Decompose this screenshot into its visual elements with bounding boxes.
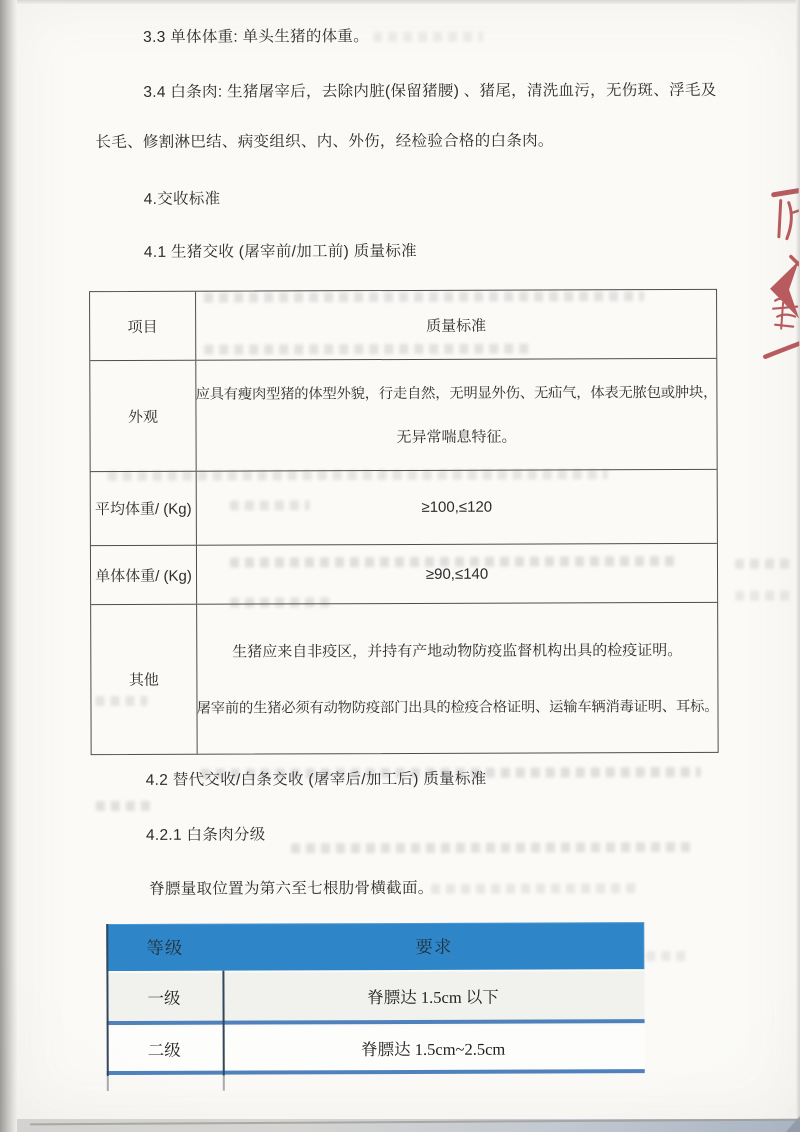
quality-standard-table: 项目 质量标准 外观 应具有瘦肉型猪的体型外貌，行走自然，无明显外伤、无疝气，体… [89,289,719,755]
grade-1-label: 一级 [106,973,221,1021]
row-appearance-label: 外观 [90,361,196,471]
table1-header-standard: 质量标准 [196,290,716,360]
grade-1-requirement: 脊膘达 1.5cm 以下 [221,971,644,1020]
grading-table-line-tail [107,1076,109,1091]
grade-2-requirement: 脊膘达 1.5cm~2.5cm [222,1025,645,1070]
bleedthrough-artifact [291,842,691,853]
appearance-line1: 应具有瘦肉型猪的体型外貌，行走自然，无明显外伤、无疝气，体表无脓包或肿块， [196,382,716,404]
paragraph-3-4-line1: 3.4 白条肉: 生猪屠宰后，去除内脏(保留猪腰) 、猪尾，清洗血污，无伤斑、浮… [143,78,716,102]
grading-header-requirement: 要求 [223,933,644,959]
other-line2: 屠宰前的生猪必须有动物防疫部门出具的检疫合格证明、运输车辆消毒证明、耳标。 [197,696,718,718]
paragraph-3-4-line2: 长毛、修割淋巴结、病变组织、内、外伤，经检验合格的白条肉。 [95,128,553,152]
row-other-label: 其他 [91,605,198,754]
scanned-document-photo: 3.3 单体体重: 单头生猪的体重。 3.4 白条肉: 生猪屠宰后，去除内脏(保… [0,0,800,1132]
table-row: 二级 脊膘达 1.5cm~2.5cm [107,1025,645,1075]
bleedthrough-artifact [735,559,790,569]
row-other-value: 生猪应来自非疫区，并持有产地动物防疫监督机构出具的检疫证明。 屠宰前的生猪必须有… [197,603,718,754]
other-line1: 生猪应来自非疫区，并持有产地动物防疫监督机构出具的检疫证明。 [232,639,682,662]
grading-header-grade: 等级 [106,935,223,960]
table1-header-item: 项目 [90,292,196,360]
heading-4: 4.交收标准 [144,187,221,209]
grading-table-column-divider [222,971,224,1076]
row-appearance-value: 应具有瘦肉型猪的体型外貌，行走自然，无明显外伤、无疝气，体表无脓包或肿块， 无异… [196,359,716,471]
bleedthrough-artifact [373,32,483,42]
paragraph-spine-measure: 脊膘量取位置为第六至七根肋骨横截面。 [149,876,433,899]
table-row: 平均体重/ (Kg) ≥100,≤120 [91,469,717,545]
bleedthrough-artifact [431,883,641,894]
heading-4-1: 4.1 生猪交收 (屠宰前/加工前) 质量标准 [144,239,417,262]
grading-table: 等级 要求 一级 脊膘达 1.5cm 以下 二级 脊膘达 1.5cm~2.5cm [106,922,645,1075]
table-row: 其他 生猪应来自非疫区，并持有产地动物防疫监督机构出具的检疫证明。 屠宰前的生猪… [91,602,718,754]
seal-star-tip [770,261,799,319]
avg-weight-range: ≥100,≤120 [421,499,492,516]
paragraph-3-3: 3.3 单体体重: 单头生猪的体重。 [143,24,369,47]
grade-2-label: 二级 [107,1027,222,1071]
table1-header-standard-text: 质量标准 [426,314,486,335]
official-seal-partial [719,169,800,379]
table-row: 一级 脊膘达 1.5cm 以下 [106,971,644,1025]
heading-4-2-1: 4.2.1 白条肉分级 [146,822,266,844]
row-unit-weight-label: 单体体重/ (Kg) [91,546,197,604]
bleedthrough-artifact [96,801,156,811]
row-unit-weight-value: ≥90,≤140 [197,544,717,604]
appearance-line2: 无异常喘息特征。 [396,426,516,447]
table-row: 单体体重/ (Kg) ≥90,≤140 [91,543,717,604]
unit-weight-range: ≥90,≤140 [426,565,488,582]
heading-4-2: 4.2 替代交收/白条交收 (屠宰后/加工后) 质量标准 [146,767,487,790]
table-row: 项目 质量标准 [90,290,716,360]
grading-table-header: 等级 要求 [106,922,644,971]
row-avg-weight-label: 平均体重/ (Kg) [91,472,197,545]
document-content: 3.3 单体体重: 单头生猪的体重。 3.4 白条肉: 生猪屠宰后，去除内脏(保… [0,0,800,1132]
table-row: 外观 应具有瘦肉型猪的体型外貌，行走自然，无明显外伤、无疝气，体表无脓包或肿块，… [90,358,716,471]
row-avg-weight-value: ≥100,≤120 [197,470,717,545]
grading-table-line-tail [223,1076,225,1091]
bleedthrough-artifact [735,591,790,601]
